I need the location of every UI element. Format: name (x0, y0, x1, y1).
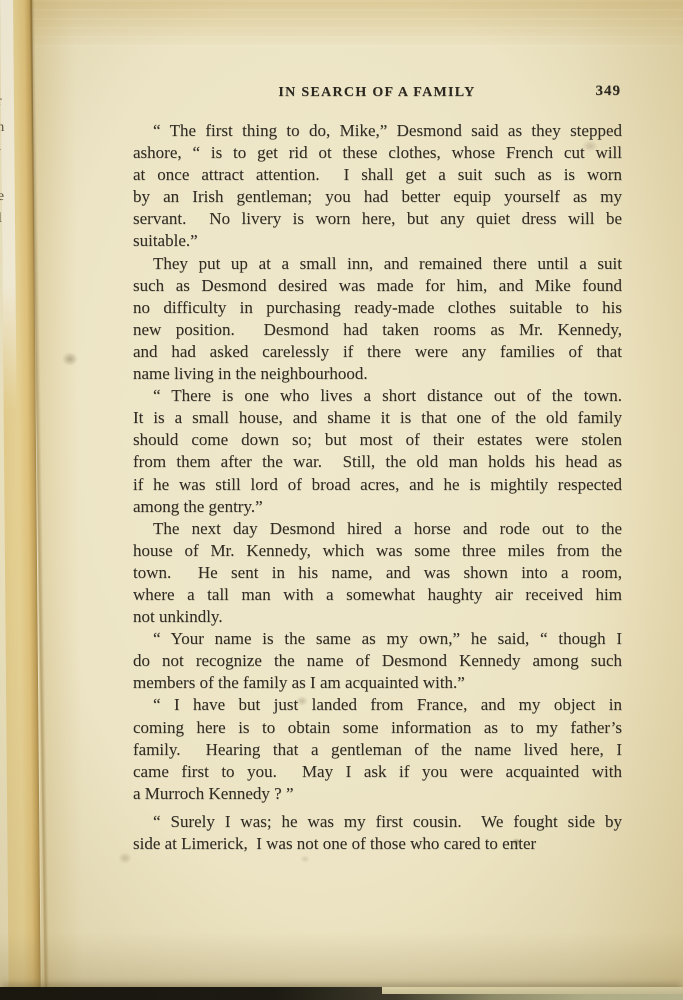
text-line: do not recognize the name of Desmond Ken… (133, 650, 622, 672)
ink-speck (512, 838, 521, 846)
text-line: among the gentry.” (133, 496, 622, 518)
text-line: The next day Desmond hired a horse and r… (133, 518, 622, 540)
text-line: ashore, “ is to get rid ot these clothes… (133, 142, 622, 164)
paragraph: They put up at a small inn, and remained… (133, 253, 622, 386)
page-edge-fade (33, 0, 84, 1000)
text-line: side at Limerick, I was not one of those… (133, 833, 622, 855)
edge-letter-fragment: l (0, 139, 1, 155)
text-line: such as Desmond desired was made for him… (133, 275, 622, 297)
paragraph: “ Surely I was; he was my first cousin. … (133, 811, 622, 855)
text-line: name living in the neighbourhood. (133, 363, 622, 385)
text-line: should come down so; but most of their e… (133, 429, 622, 451)
running-title: IN SEARCH OF A FAMILY (278, 85, 475, 100)
text-line: by an Irish gentleman; you had better eq… (133, 186, 622, 208)
text-line: “ The first thing to do, Mike,” Desmond … (133, 120, 622, 142)
page-number: 349 (596, 83, 622, 100)
text-line: from them after the war. Still, the old … (133, 451, 622, 473)
text-line: at once attract attention. I shall get a… (133, 164, 622, 186)
edge-letter-fragment: r (0, 94, 2, 110)
edge-letter-fragment: h (0, 120, 4, 136)
paper-stain (296, 696, 308, 706)
paper-stain (582, 140, 598, 152)
text-line: new position. Desmond had taken rooms as… (133, 319, 622, 341)
book-page-scan: rhlel IN SEARCH OF A FAMILY 349 “ The fi… (0, 0, 683, 1000)
paragraph: “ The first thing to do, Mike,” Desmond … (133, 120, 622, 253)
page-header: IN SEARCH OF A FAMILY 349 (133, 83, 621, 101)
text-line: not unkindly. (133, 606, 622, 628)
text-line: came first to you. May I ask if you were… (133, 761, 622, 783)
text-line: house of Mr. Kennedy, which was some thr… (133, 540, 622, 562)
paragraph: The next day Desmond hired a horse and r… (133, 518, 622, 628)
text-line: “ There is one who lives a short distanc… (133, 385, 622, 407)
text-line: It is a small house, and shame it is tha… (133, 407, 622, 429)
text-line: “ Surely I was; he was my first cousin. … (133, 811, 622, 833)
text-line: coming here is to obtain some informatio… (133, 717, 622, 739)
text-line: “ Your name is the same as my own,” he s… (133, 628, 622, 650)
text-line: members of the family as I am acquainted… (133, 672, 622, 694)
edge-letter-fragment: e (0, 189, 4, 205)
text-line: no difficulty in purchasing ready-made c… (133, 297, 622, 319)
text-line: They put up at a small inn, and remained… (133, 253, 622, 275)
text-line: and had asked carelessly if there were a… (133, 341, 622, 363)
paper-stain (300, 855, 310, 863)
text-line: a Murroch Kennedy ? ” (133, 783, 622, 805)
text-line: where a tall man with a somewhat haughty… (133, 584, 622, 606)
paragraph: “ Your name is the same as my own,” he s… (133, 628, 622, 694)
edge-letter-fragment: l (0, 211, 2, 227)
paragraph: “ There is one who lives a short distanc… (133, 385, 622, 518)
page-body: “ The first thing to do, Mike,” Desmond … (133, 120, 622, 855)
text-line: family. Hearing that a gentleman of the … (133, 739, 622, 761)
text-line: servant. No livery is worn here, but any… (133, 208, 622, 230)
text-line: “ I have but just landed from France, an… (133, 694, 622, 716)
paper-stain (62, 352, 78, 366)
scan-bottom-shading (0, 932, 683, 987)
page-left-edge: rhlel (0, 0, 89, 1000)
text-line: town. He sent in his name, and was shown… (133, 562, 622, 584)
paper-stain (118, 852, 132, 864)
text-line: suitable.” (133, 230, 622, 252)
paragraph: “ I have but just landed from France, an… (133, 694, 622, 804)
edge-text-fragments: rhlel (0, 0, 17, 292)
scan-bottom-bar (0, 987, 683, 1000)
text-line: if he was still lord of broad acres, and… (133, 474, 622, 496)
